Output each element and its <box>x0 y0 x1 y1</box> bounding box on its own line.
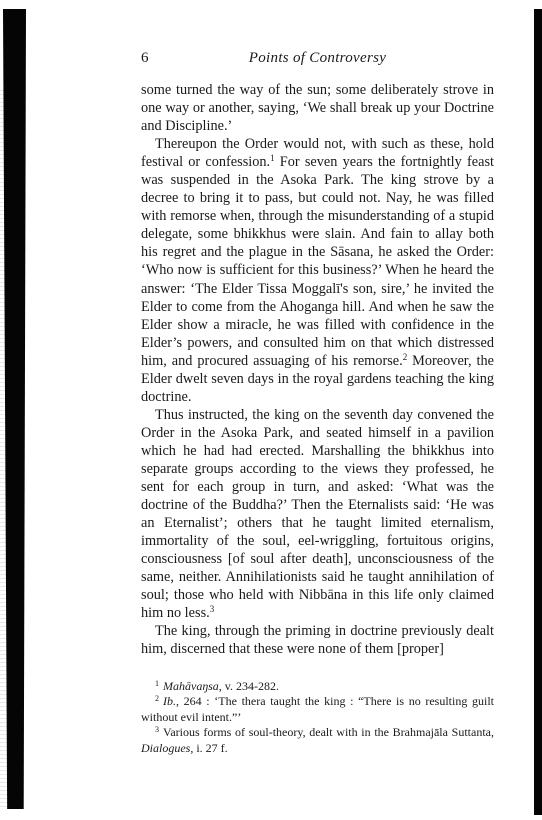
scan-edge-noise <box>0 90 8 810</box>
scan-edge-right <box>534 9 542 815</box>
running-title: Points of Controversy <box>141 47 494 69</box>
book-page: 6 Points of Controversy some turned the … <box>141 47 494 756</box>
body-text: some turned the way of the sun; some del… <box>141 81 494 659</box>
footnote-source: Mahāvaŋsa <box>163 679 219 693</box>
paragraph-3: Thus instructed, the king on the seventh… <box>141 406 494 623</box>
paragraph-text: For seven years the fortnightly feast wa… <box>141 154 494 369</box>
footnote-text: , v. 234-282. <box>219 679 279 693</box>
footnote-mark: 1 <box>155 679 159 688</box>
footnote-source: Ib. <box>163 694 176 708</box>
footnote-mark: 3 <box>155 725 159 734</box>
footnote-source: Dialogues <box>141 741 190 755</box>
footnote-3: 3Various forms of soul-theory, dealt wit… <box>141 725 494 756</box>
footnote-mark: 2 <box>155 694 159 703</box>
footnote-1: 1Mahāvaŋsa, v. 234-282. <box>141 679 494 695</box>
paragraph-4: The king, through the priming in doctrin… <box>141 622 494 658</box>
paragraph-text: Thus instructed, the king on the seventh… <box>141 407 494 622</box>
paragraph-1: some turned the way of the sun; some del… <box>141 81 494 135</box>
footnotes: 1Mahāvaŋsa, v. 234-282. 2Ib., 264 : ‘The… <box>141 679 494 757</box>
paragraph-2: Thereupon the Order would not, with such… <box>141 135 494 406</box>
running-head: 6 Points of Controversy <box>141 47 494 69</box>
footnote-text: Various forms of soul-theory, dealt with… <box>163 725 494 739</box>
footnote-text: , 264 : ‘The thera taught the king : “Th… <box>141 694 494 724</box>
footnote-2: 2Ib., 264 : ‘The thera taught the king :… <box>141 694 494 725</box>
footnote-text: , i. 27 f. <box>190 741 227 755</box>
footnote-ref-3[interactable]: 3 <box>210 604 215 614</box>
